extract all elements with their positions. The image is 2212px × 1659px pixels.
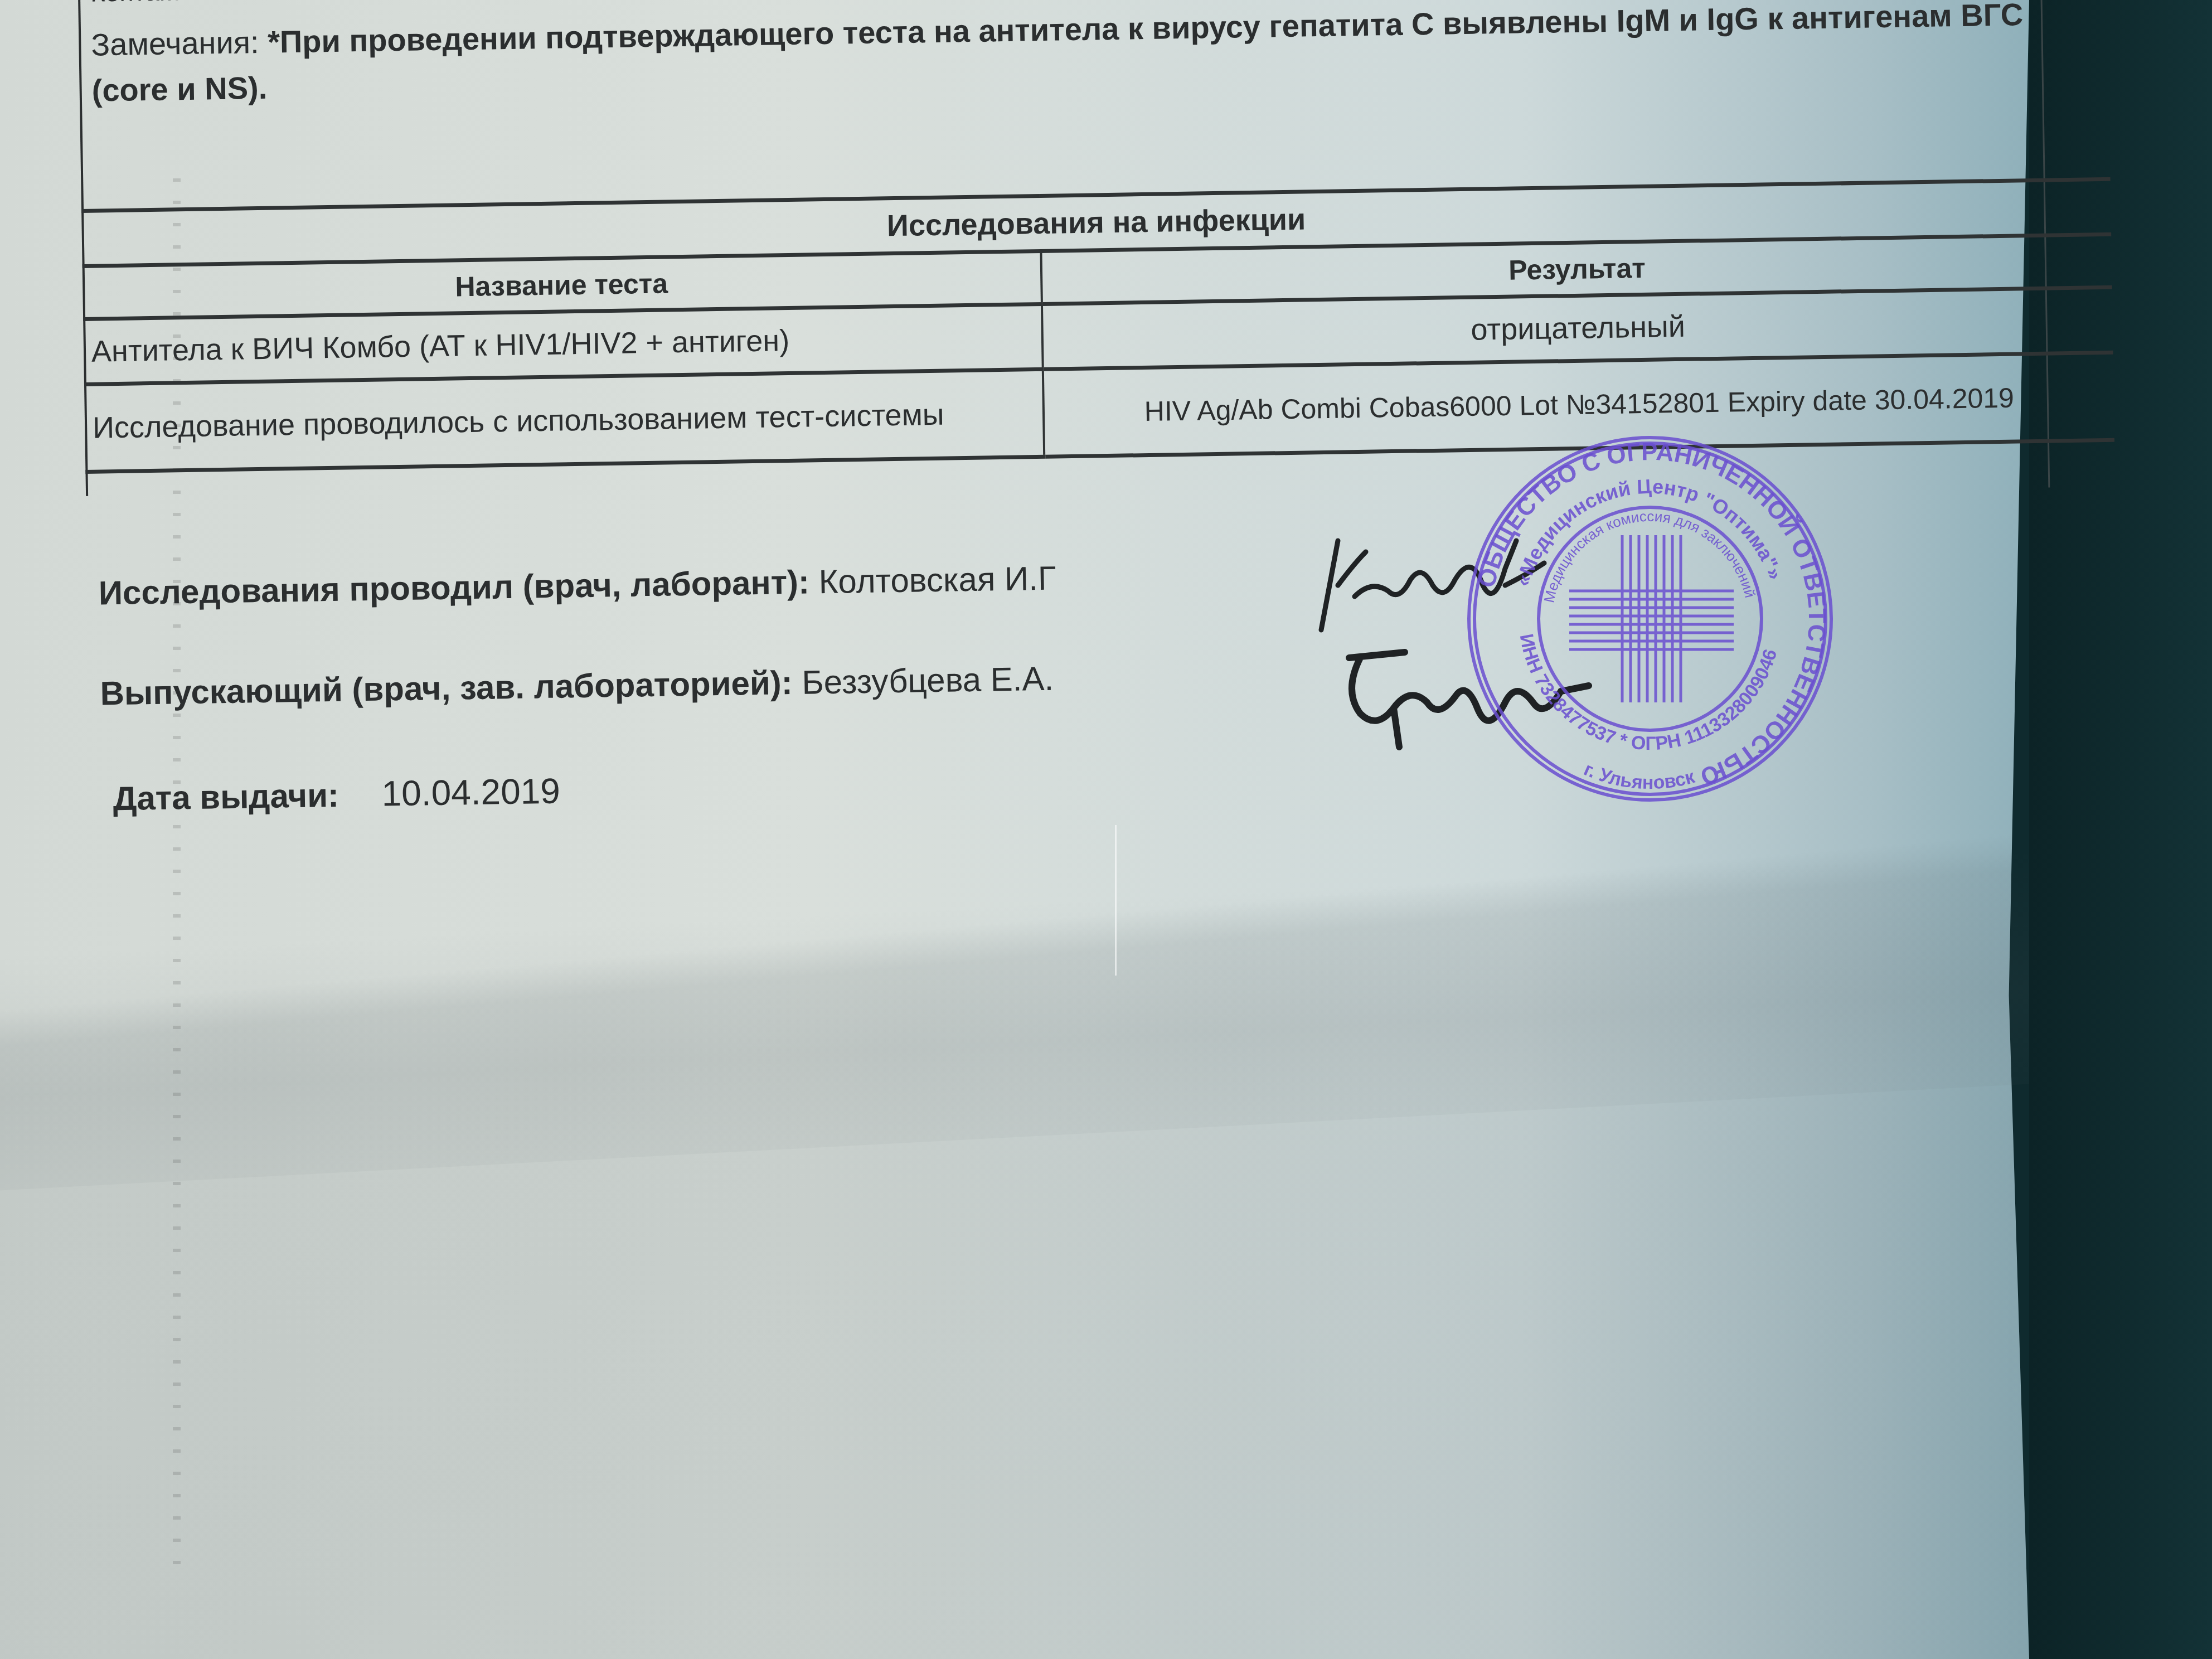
organization-stamp-icon: ОБЩЕСТВО С ОГРАНИЧЕННОЙ ОТВЕТСТВЕННОСТЬЮ… xyxy=(1461,429,1840,808)
released-by-name: Беззубцева Е.А. xyxy=(802,660,1054,701)
issue-date-line: Дата выдачи: 10.04.2019 xyxy=(113,770,560,819)
contacts-label: Контакты: xyxy=(90,0,208,8)
issue-date-value: 10.04.2019 xyxy=(381,771,560,814)
performed-by-label: Исследования проводил (врач, лаборант): xyxy=(98,564,809,612)
released-by-label: Выпускающий (врач, зав. лабораторией): xyxy=(100,664,793,712)
issue-date-label: Дата выдачи: xyxy=(113,777,339,817)
remarks: Замечания: *При проведении подтверждающе… xyxy=(91,0,2054,114)
remarks-text: *При проведении подтверждающего теста на… xyxy=(91,0,2023,108)
performed-by-line: Исследования проводил (врач, лаборант): … xyxy=(98,559,1056,613)
performed-by-name: Колтовская И.Г xyxy=(818,560,1056,601)
released-by-line: Выпускающий (врач, зав. лабораторией): Б… xyxy=(100,659,1054,713)
remarks-label: Замечания: xyxy=(91,25,259,62)
test-name-cell: Исследование проводилось с использование… xyxy=(84,369,1044,472)
